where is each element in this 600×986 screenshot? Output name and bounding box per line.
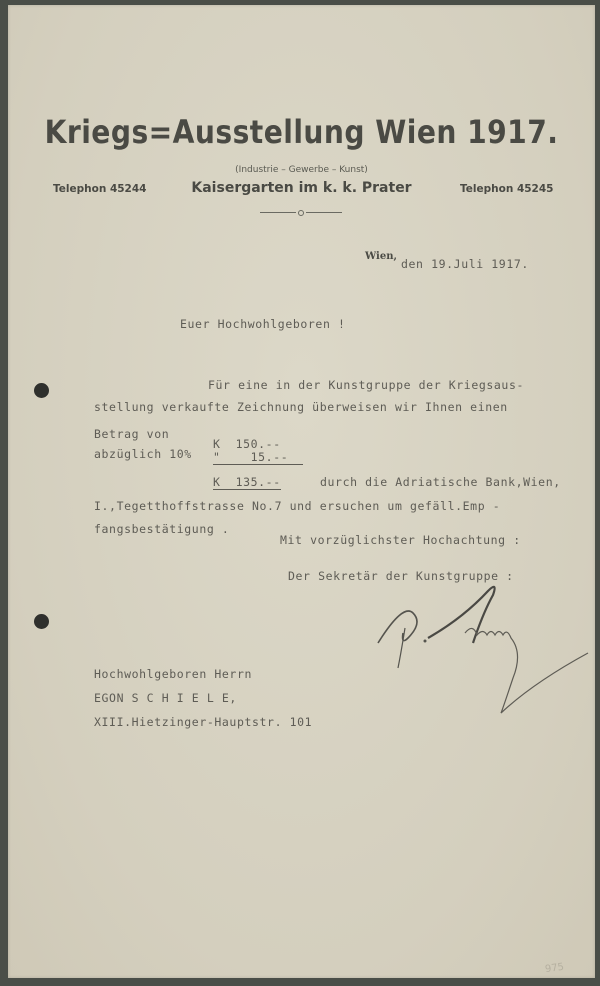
- body-line-3: durch die Adriatische Bank,Wien,: [320, 475, 561, 489]
- signature: [373, 583, 600, 718]
- recipient-address: XIII.Hietzinger-Hauptstr. 101: [94, 715, 312, 729]
- punch-hole-top: [34, 383, 49, 398]
- ornament-divider: [260, 210, 342, 216]
- body-line-4: I.,Tegetthoffstrasse No.7 und ersuchen u…: [94, 499, 500, 513]
- letterhead-contact-row: Telephon 45244 Kaisergarten im k. k. Pra…: [8, 180, 595, 200]
- signatory-title: Der Sekretär der Kunstgruppe :: [288, 569, 514, 583]
- body-line-2: stellung verkaufte Zeichnung überweisen …: [94, 400, 508, 414]
- amount-deduction: " 15.--: [213, 450, 303, 465]
- amount-total: K 135.--: [213, 475, 281, 490]
- archive-number: 975: [544, 962, 564, 976]
- amount-label-gross: Betrag von: [94, 427, 169, 441]
- salutation: Euer Hochwohlgeboren !: [180, 317, 346, 331]
- body-line-5: fangsbestätigung .: [94, 522, 229, 536]
- dateline-city: Wien,: [365, 251, 397, 262]
- amount-label-deduction: abzüglich 10%: [94, 447, 192, 461]
- recipient-line-1: Hochwohlgeboren Herrn: [94, 667, 252, 681]
- amount-gross: K 150.--: [213, 437, 281, 451]
- letterhead-subtitle: (Industrie – Gewerbe – Kunst): [8, 165, 595, 175]
- closing-greeting: Mit vorzüglichster Hochachtung :: [280, 533, 521, 547]
- letterhead-title: Kriegs=Ausstellung Wien 1917.: [43, 113, 560, 151]
- telephone-right: Telephon 45245: [460, 183, 553, 195]
- dateline-date: den 19.Juli 1917.: [401, 257, 529, 271]
- punch-hole-bottom: [34, 614, 49, 629]
- body-line-1: Für eine in der Kunstgruppe der Kriegsau…: [208, 378, 524, 392]
- recipient-name: EGON S C H I E L E,: [94, 691, 237, 705]
- letter-page: Kriegs=Ausstellung Wien 1917. (Industrie…: [8, 5, 595, 978]
